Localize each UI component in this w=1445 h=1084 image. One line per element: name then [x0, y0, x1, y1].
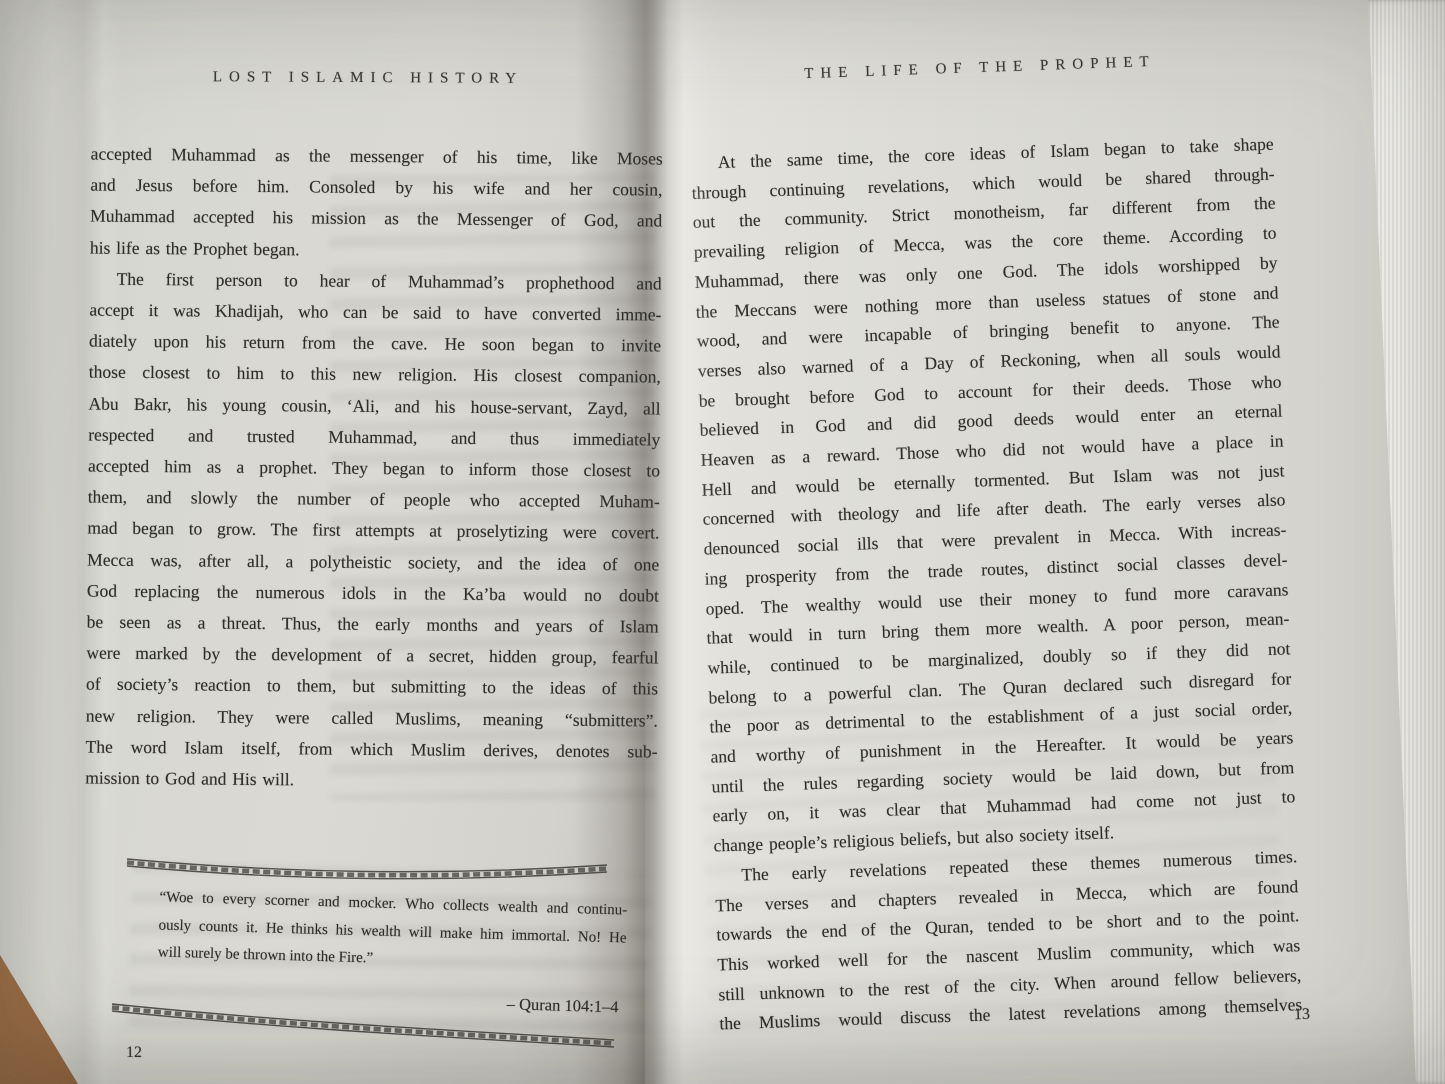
- left-page-body: accepted Muhammad as the messenger of hi…: [85, 139, 663, 799]
- text-line: accept it was Khadijah, who can be said …: [89, 295, 661, 331]
- text-line: be seen as a threat. Thus, the early mon…: [87, 607, 659, 643]
- quran-quote-text: “Woe to every scorner and mocker. Who co…: [158, 884, 628, 980]
- text-line: his life as the Prophet began.: [90, 232, 662, 268]
- text-line: Abu Bakr, his young cousin, ‘Ali, and hi…: [88, 388, 660, 424]
- right-page-number: 13: [1294, 1006, 1311, 1025]
- right-page-body: At the same time, the core ideas of Isla…: [690, 130, 1302, 1040]
- open-book-photo: LOST ISLAMIC HISTORY THE LIFE OF THE PRO…: [0, 0, 1445, 1084]
- text-line: mission to God and His will.: [85, 763, 657, 799]
- right-paragraph-2: The early revelations repeated these the…: [714, 842, 1303, 1039]
- text-line: diately upon his return from the cave. H…: [89, 326, 661, 362]
- text-line: mad began to grow. The first attempts at…: [87, 513, 659, 549]
- right-paragraph-1: At the same time, the core ideas of Isla…: [690, 130, 1296, 862]
- chain-divider-bottom-ornament: [108, 996, 618, 1058]
- text-line: them, and slowly the number of people wh…: [88, 482, 660, 518]
- text-line: accepted him as a prophet. They began to…: [88, 451, 660, 487]
- text-line: and Jesus before him. Consoled by his wi…: [90, 170, 662, 206]
- text-line: accepted Muhammad as the messenger of hi…: [91, 139, 663, 175]
- text-line: new religion. They were called Muslims, …: [86, 700, 658, 736]
- left-page-number: 12: [126, 1044, 142, 1062]
- left-paragraph-2: The first person to hear of Muhammad’s p…: [85, 263, 662, 798]
- left-running-header: LOST ISLAMIC HISTORY: [128, 69, 608, 89]
- text-line: respected and trusted Muhammad, and thus…: [88, 419, 660, 455]
- text-line: Mecca was, after all, a polytheistic soc…: [87, 544, 659, 580]
- text-line: those closest to him to this new religio…: [89, 357, 661, 393]
- text-line: Muhammad accepted his mission as the Mes…: [90, 201, 662, 237]
- text-line: were marked by the development of a secr…: [86, 638, 658, 674]
- text-line: The word Islam itself, from which Muslim…: [85, 731, 657, 767]
- text-line: of society’s reaction to them, but submi…: [86, 669, 658, 705]
- left-paragraph-1: accepted Muhammad as the messenger of hi…: [90, 139, 663, 269]
- text-line: The first person to hear of Muhammad’s p…: [90, 263, 662, 299]
- text-line: God replacing the numerous idols in the …: [87, 575, 659, 611]
